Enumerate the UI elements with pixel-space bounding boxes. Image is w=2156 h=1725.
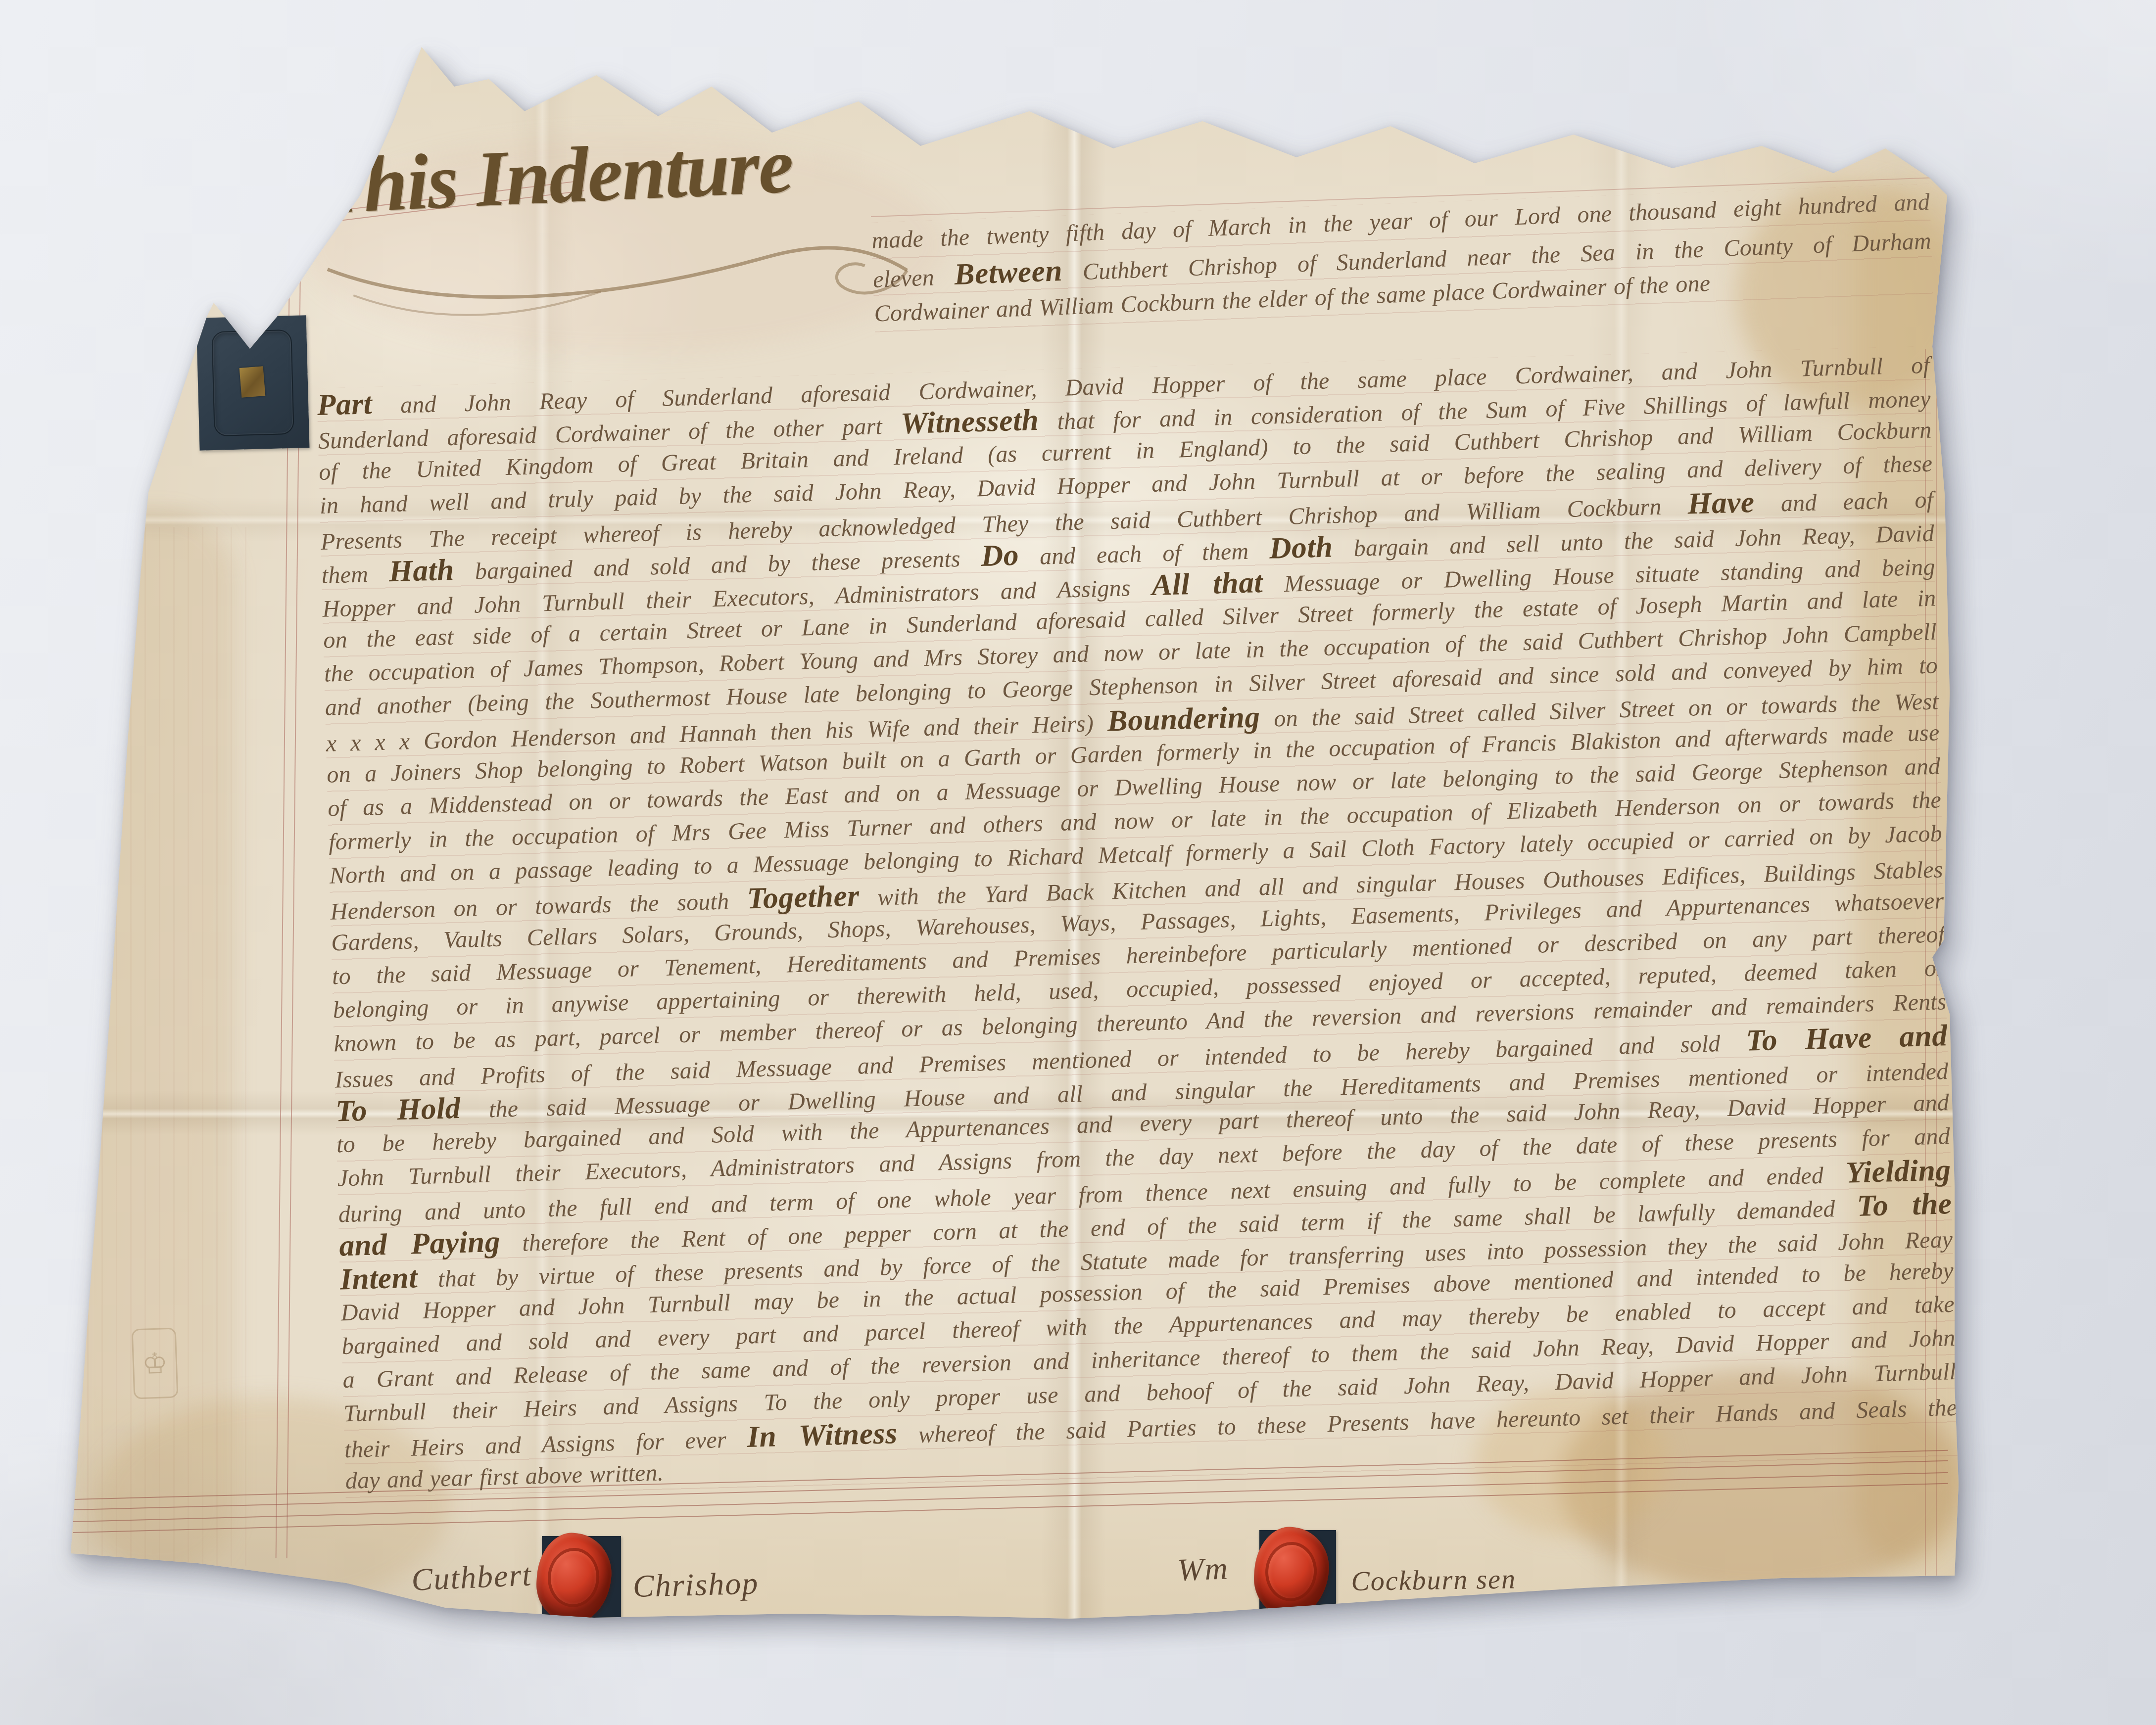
embossed-revenue-stamp: ♔ (132, 1327, 179, 1399)
signature-cockburn: Cockburn sen (1351, 1563, 1516, 1597)
ink-streaks (74, 527, 252, 1566)
body-lines: Part and John Reay of Sunderland aforesa… (317, 346, 1959, 1498)
duty-stamp-gold-foil (240, 366, 266, 398)
signature-chrishop: Chrishop (632, 1565, 759, 1605)
signature-wm: Wm (1177, 1550, 1229, 1588)
document-title: This Indenture (314, 115, 892, 232)
wax-seal-right (1259, 1530, 1336, 1615)
opening-lines: made the twenty fifth day of March in th… (871, 184, 1933, 332)
indenture-document: ♔ This Indenture made the twenty fifth d… (64, 42, 1969, 1640)
crown-icon: ♔ (142, 1346, 168, 1381)
wax-seal-left (542, 1536, 621, 1621)
parchment-shadow: ♔ This Indenture made the twenty fifth d… (64, 42, 1969, 1640)
photo-background: ♔ This Indenture made the twenty fifth d… (0, 0, 2156, 1725)
blue-duty-stamp (196, 315, 310, 451)
title-flourish-icon (322, 223, 918, 334)
signature-cuthbert: Cuthbert (411, 1556, 533, 1598)
